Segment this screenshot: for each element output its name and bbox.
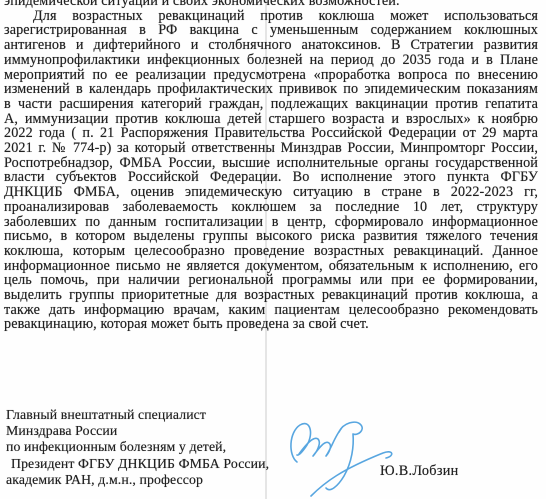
paragraph-line: мероприятий по ее реализации предусмотре… bbox=[4, 68, 538, 83]
paragraph-line: Для возрастных ревакцинаций против коклю… bbox=[4, 9, 538, 24]
paragraph-line: иммунопрофилактики инфекционных болезней… bbox=[4, 53, 538, 68]
paragraph-line: власти субъектов Российской Федерации. В… bbox=[4, 170, 538, 185]
signatory-title-line: Президент ФГБУ ДНКЦИБ ФМБА России, bbox=[6, 456, 269, 472]
paragraph-line: также дать информацию врачам, каким паци… bbox=[4, 303, 538, 318]
signatory-title-line: Минздрава России bbox=[6, 423, 269, 439]
paragraph-line: выделить группы приоритетные для возраст… bbox=[4, 288, 538, 303]
paragraph-line: информационное письмо не является докуме… bbox=[4, 259, 538, 274]
paragraph-line: Роспотребнадзор, ФМБА России, высшие исп… bbox=[4, 156, 538, 171]
paragraph-line: изменений в календарь профилактических п… bbox=[4, 82, 538, 97]
letter-body: эпидемической ситуации и своих экономиче… bbox=[4, 0, 538, 332]
signatory-title-line: по инфекционным болезням у детей, bbox=[6, 439, 269, 455]
signatory-title-line: Главный внештатный специалист bbox=[6, 407, 269, 423]
paragraph-line: антигенов и дифтерийного и столбнячного … bbox=[4, 38, 538, 53]
paragraph-line: коклюша, которым целесообразно проведени… bbox=[4, 244, 538, 259]
paragraph-line: в части расширения категорий граждан, по… bbox=[4, 97, 538, 112]
paragraph-line: письмо, в котором выделены группы высоко… bbox=[4, 229, 538, 244]
paragraph-line: ДНКЦИБ ФМБА, оценив эпидемическую ситуац… bbox=[4, 185, 538, 200]
paragraph-line: проанализировав заболеваемость коклюшем … bbox=[4, 200, 538, 215]
paragraph-line: 2021 г. № 774-р) за который ответственны… bbox=[4, 141, 538, 156]
paragraph-line: цель помочь, при наличии региональной пр… bbox=[4, 273, 538, 288]
handwritten-signature-icon bbox=[283, 410, 401, 498]
signatory-title-line: академик РАН, д.м.н., профессор bbox=[6, 472, 269, 488]
paragraph-line: зарегистрированная в РФ вакцина с уменьш… bbox=[4, 23, 538, 38]
paragraph-line: заболевших по данным госпитализации в це… bbox=[4, 215, 538, 230]
scanned-letter-page: эпидемической ситуации и своих экономиче… bbox=[0, 0, 546, 499]
paragraph-line: ревакцинацию, которая может быть проведе… bbox=[4, 317, 538, 332]
paragraph-line: А, иммунизации против коклюша детей стар… bbox=[4, 112, 538, 127]
signatory-name: Ю.В.Лобзин bbox=[380, 463, 459, 480]
signatory-title-block: Главный внештатный специалист Минздрава … bbox=[6, 407, 269, 488]
paragraph-line: 2022 года ( п. 21 Распоряжения Правитель… bbox=[4, 126, 538, 141]
